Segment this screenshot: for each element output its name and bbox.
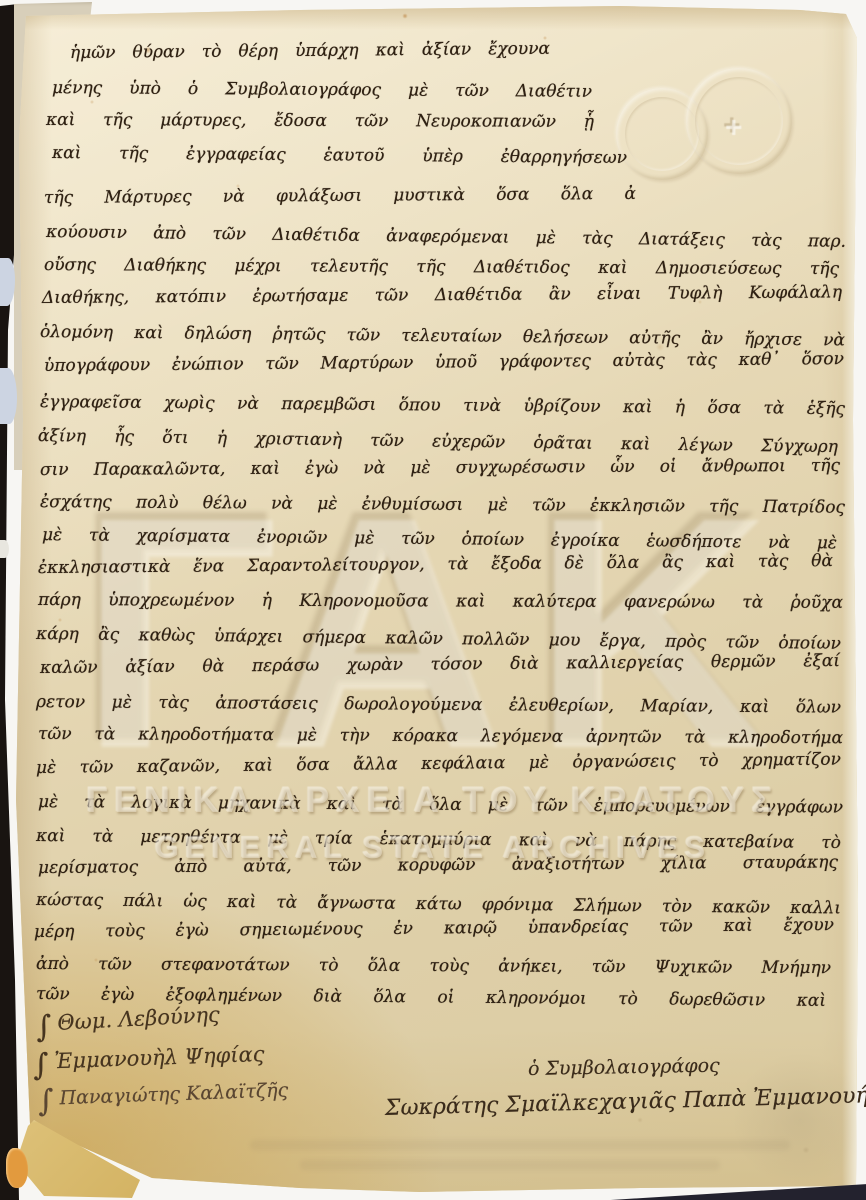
witness-name: Ἐμμανουὴλ Ψηφίας [54,1042,265,1073]
signature-flourish: ∫ [32,1047,49,1083]
ink-showthrough [250,1140,790,1150]
notary-title: ὁ Συμβολαιογράφος [528,1055,720,1080]
signature-flourish: ∫ [37,1083,54,1119]
manuscript-line: οὔσης Διαθήκης μέχρι τελευτῆς τῆς Διαθέτ… [44,255,839,280]
archive-watermark-greek: ΓΕΝΙΚΑ ΑΡΧΕΙΑ ΤΟΥ ΚΡΑΤΟΥΣ [53,781,813,821]
edge-tear [0,540,9,558]
manuscript-line: ἀπὸ τῶν στεφανοτάτων τὸ ὅλα τοὺς ἀνήκει,… [36,954,831,979]
manuscript-line: πάρη ὑποχρεωμένον ἡ Κληρονομοῦσα καὶ καλ… [38,590,843,613]
witness-name: Παναγιώτης Καλαϊτζῆς [59,1079,288,1109]
seal-cross-icon: + [724,110,742,144]
scanned-manuscript-page: + ΓΑΚ ἡμῶν θύραν τὸ θέρη ὑπάρχη καὶ ἀξία… [0,0,866,1200]
archive-watermark-english: GENERAL STATE ARCHIVES [53,830,813,866]
manuscript-line: τῆς Μάρτυρες νὰ φυλάξωσι μυστικὰ ὅσα ὅλα… [44,184,636,209]
manuscript-line: ἡμῶν θύραν τὸ θέρη ὑπάρχη καὶ ἀξίαν ἔχου… [70,39,550,64]
edge-tear [0,368,17,424]
ink-showthrough [300,1160,720,1170]
signature-flourish: ∫ [35,1009,52,1045]
manuscript-line: τῶν τὰ κληροδοτήματα μὲ τὴν κόρακα λεγόμ… [38,724,843,749]
edge-tear [0,258,15,306]
witness-name: Θωμ. Λεβούνης [57,1002,220,1034]
manuscript-line: καὶ τῆς μάρτυρες, ἔδοσα τῶν Νευροκοπιανῶ… [46,110,594,132]
manuscript-line: μένης ὑπὸ ὁ Συμβολαιογράφος μὲ τῶν Διαθέ… [52,78,592,102]
torn-paper-fragment [6,1148,28,1188]
manuscript-line: σιν Παρακαλῶντα, καὶ ἐγὼ νὰ μὲ συγχωρέσω… [40,456,840,481]
